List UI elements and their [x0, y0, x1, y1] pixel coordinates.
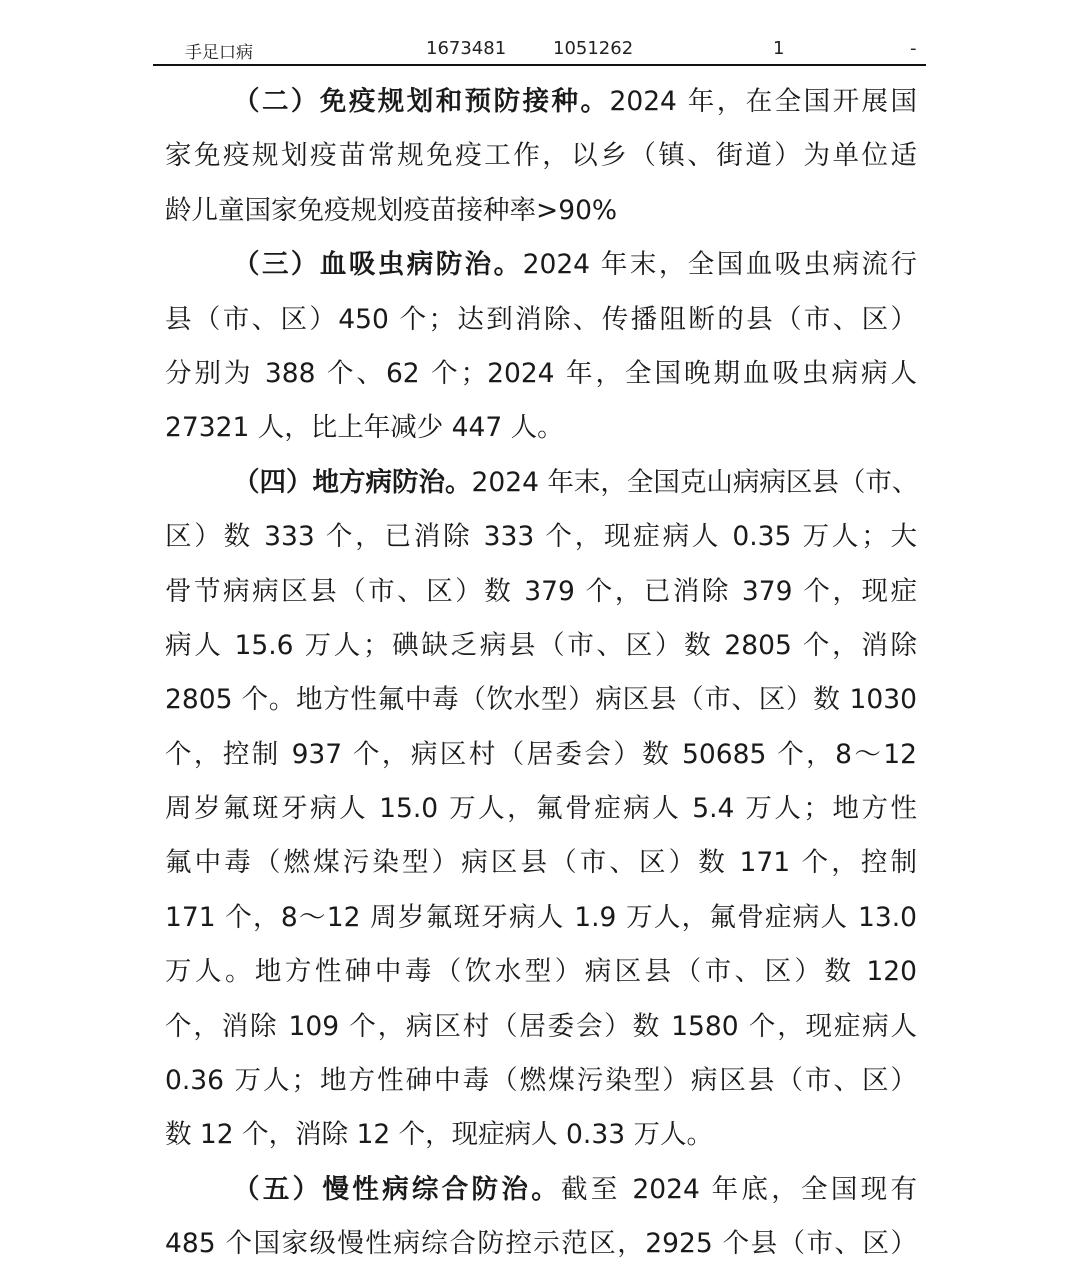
paragraph-line: 龄儿童国家免疫规划疫苗接种率>90%	[165, 184, 917, 238]
document-page: 手足口病 1673481 1051262 1 - （二）免疫规划和预防接种。20…	[0, 0, 1080, 1274]
section-heading: （三）血吸虫病防治。	[233, 249, 523, 280]
table-cell-value-2: 1051262	[553, 38, 633, 59]
paragraph-line: 个，控制 937 个，病区村（居委会）数 50685 个，8～12	[165, 728, 917, 782]
paragraph-line: 周岁氟斑牙病人 15.0 万人，氟骨症病人 5.4 万人；地方性	[165, 782, 917, 836]
table-cell-value-1: 1673481	[426, 38, 506, 59]
paragraph-line: （三）血吸虫病防治。2024 年末，全国血吸虫病流行	[165, 238, 917, 292]
paragraph-line: 27321 人，比上年减少 447 人。	[165, 401, 917, 455]
paragraph-line: 分别为 388 个、62 个；2024 年，全国晚期血吸虫病病人	[165, 347, 917, 401]
paragraph-line: 个，消除 109 个，病区村（居委会）数 1580 个，现症病人	[165, 1000, 917, 1054]
paragraph-line: 骨节病病区县（市、区）数 379 个，已消除 379 个，现症	[165, 565, 917, 619]
document-body: （二）免疫规划和预防接种。2024 年，在全国开展国 家免疫规划疫苗常规免疫工作…	[165, 75, 917, 1272]
paragraph-line: 万人。地方性砷中毒（饮水型）病区县（市、区）数 120	[165, 945, 917, 999]
section-immunization: （二）免疫规划和预防接种。2024 年，在全国开展国 家免疫规划疫苗常规免疫工作…	[165, 75, 917, 238]
table-bottom-rule	[153, 64, 926, 66]
paragraph-line: 485 个国家级慢性病综合防控示范区，2925 个县（市、区）	[165, 1217, 917, 1271]
paragraph-line: 区）数 333 个，已消除 333 个，现症病人 0.35 万人；大	[165, 510, 917, 564]
table-cell-value-3: 1	[773, 38, 784, 59]
table-cell-value-4: -	[910, 38, 917, 59]
section-schistosomiasis: （三）血吸虫病防治。2024 年末，全国血吸虫病流行 县（市、区）450 个；达…	[165, 238, 917, 456]
paragraph-line: 氟中毒（燃煤污染型）病区县（市、区）数 171 个，控制	[165, 836, 917, 890]
paragraph-line: （四）地方病防治。2024 年末，全国克山病病区县（市、	[165, 456, 917, 510]
section-heading: （五）慢性病综合防治。	[233, 1174, 561, 1205]
paragraph-line: 数 12 个，消除 12 个，现症病人 0.33 万人。	[165, 1108, 917, 1162]
paragraph-line: 病人 15.6 万人；碘缺乏病县（市、区）数 2805 个，消除	[165, 619, 917, 673]
paragraph-line: （二）免疫规划和预防接种。2024 年，在全国开展国	[165, 75, 917, 129]
section-chronic-disease: （五）慢性病综合防治。截至 2024 年底，全国现有 485 个国家级慢性病综合…	[165, 1163, 917, 1272]
table-last-row: 手足口病 1673481 1051262 1 -	[153, 30, 926, 66]
paragraph-line: 2805 个。地方性氟中毒（饮水型）病区县（市、区）数 1030	[165, 673, 917, 727]
paragraph-line: 家免疫规划疫苗常规免疫工作，以乡（镇、街道）为单位适	[165, 129, 917, 183]
paragraph-line: 0.36 万人；地方性砷中毒（燃煤污染型）病区县（市、区）	[165, 1054, 917, 1108]
section-heading: （四）地方病防治。	[233, 467, 472, 498]
table-cell-disease: 手足口病	[185, 38, 253, 63]
paragraph-line: （五）慢性病综合防治。截至 2024 年底，全国现有	[165, 1163, 917, 1217]
paragraph-line: 171 个，8～12 周岁氟斑牙病人 1.9 万人，氟骨症病人 13.0	[165, 891, 917, 945]
paragraph-line: 县（市、区）450 个；达到消除、传播阻断的县（市、区）	[165, 293, 917, 347]
section-heading: （二）免疫规划和预防接种。	[233, 86, 609, 117]
section-endemic-disease: （四）地方病防治。2024 年末，全国克山病病区县（市、 区）数 333 个，已…	[165, 456, 917, 1163]
